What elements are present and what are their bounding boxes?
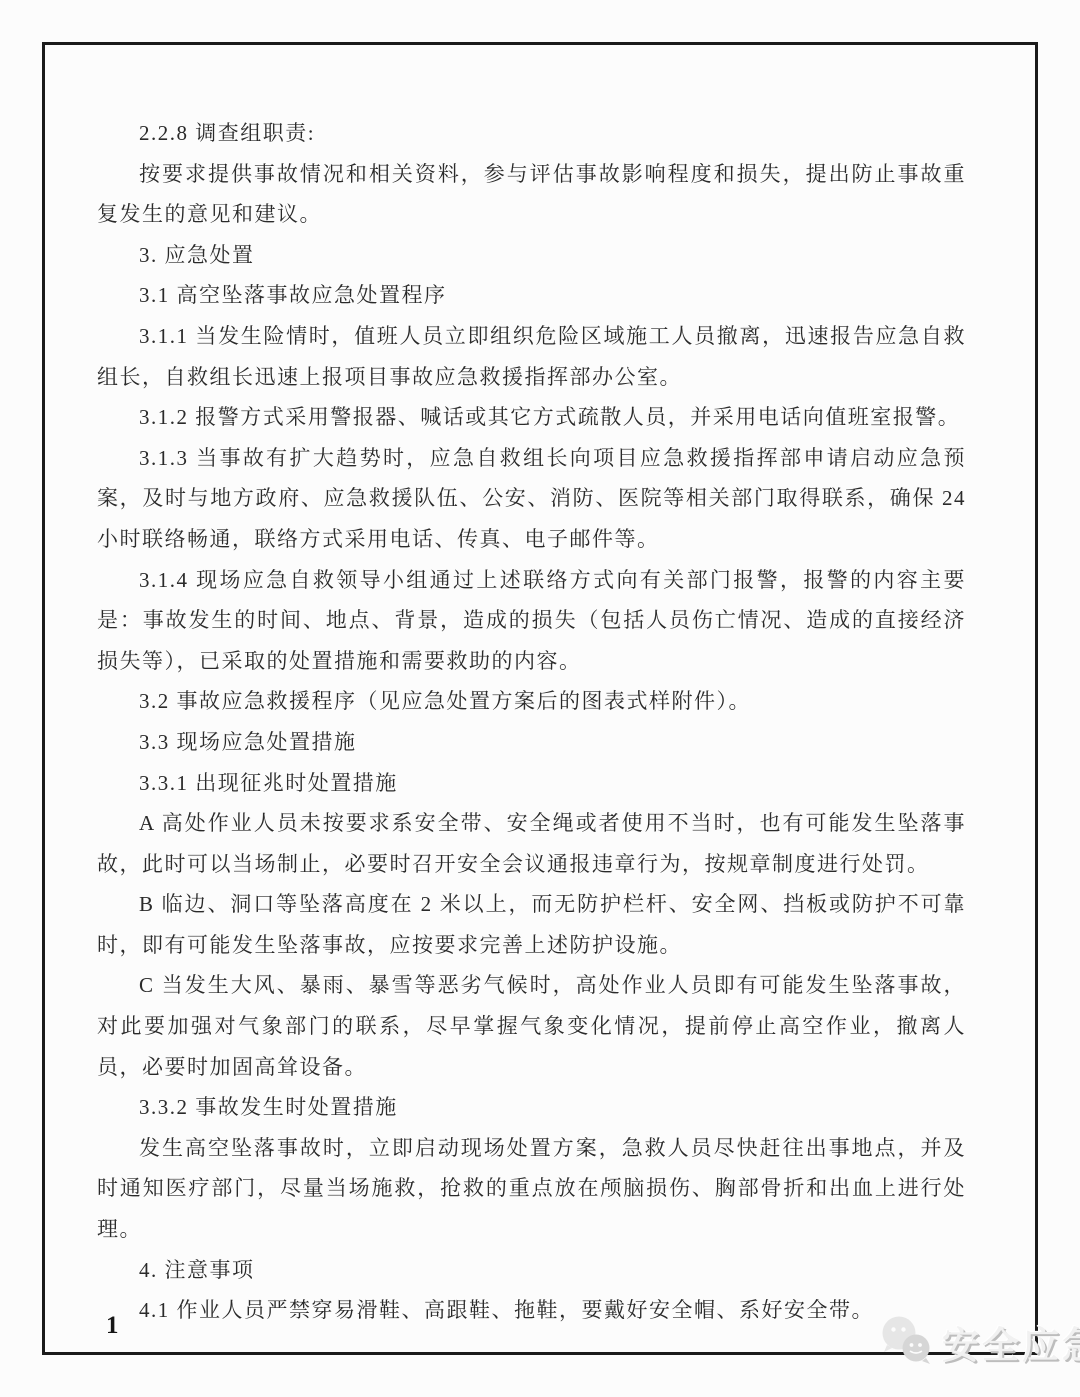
heading-3-1: 3.1 高空坠落事故应急处置程序 <box>97 275 966 316</box>
heading-3-3-2: 3.3.2 事故发生时处置措施 <box>97 1087 966 1128</box>
paragraph-item-a: A 高处作业人员未按要求系安全带、安全绳或者使用不当时，也有可能发生坠落事故，此… <box>97 803 966 884</box>
page-number: 1 <box>106 1312 119 1340</box>
watermark-text: 安全应急 <box>942 1315 1080 1369</box>
heading-4: 4. 注意事项 <box>97 1250 966 1291</box>
heading-3-2: 3.2 事故应急救援程序（见应急处置方案后的图表式样附件）。 <box>97 681 966 722</box>
paragraph-3-1-2: 3.1.2 报警方式采用警报器、喊话或其它方式疏散人员，并采用电话向值班室报警。 <box>97 397 966 438</box>
paragraph-3-3-2-body: 发生高空坠落事故时，立即启动现场处置方案，急救人员尽快赶往出事地点，并及时通知医… <box>97 1128 966 1250</box>
paragraph-3-1-4: 3.1.4 现场应急自救领导小组通过上述联络方式向有关部门报警，报警的内容主要是… <box>97 560 966 682</box>
scanned-document-page: { "doc": { "paragraphs": [ "2.2.8 调查组职责:… <box>0 0 1080 1397</box>
paragraph-4-1: 4.1 作业人员严禁穿易滑鞋、高跟鞋、拖鞋，要戴好安全帽、系好安全带。 <box>97 1290 966 1331</box>
heading-3-3-1: 3.3.1 出现征兆时处置措施 <box>97 763 966 804</box>
document-body: 2.2.8 调查组职责: 按要求提供事故情况和相关资料，参与评估事故影响程度和损… <box>97 113 966 1331</box>
watermark: 安全应急 <box>876 1312 1080 1372</box>
wechat-icon <box>876 1312 938 1372</box>
paragraph-2-2-8-body: 按要求提供事故情况和相关资料，参与评估事故影响程度和损失，提出防止事故重复发生的… <box>97 154 966 235</box>
paragraph-item-c: C 当发生大风、暴雨、暴雪等恶劣气候时，高处作业人员即有可能发生坠落事故，对此要… <box>97 965 966 1087</box>
paragraph-2-2-8-heading: 2.2.8 调查组职责: <box>97 113 966 154</box>
heading-3-3: 3.3 现场应急处置措施 <box>97 722 966 763</box>
paragraph-3-1-1: 3.1.1 当发生险情时，值班人员立即组织危险区域施工人员撤离，迅速报告应急自救… <box>97 316 966 397</box>
heading-3: 3. 应急处置 <box>97 235 966 276</box>
paragraph-3-1-3: 3.1.3 当事故有扩大趋势时，应急自救组长向项目应急救援指挥部申请启动应急预案… <box>97 438 966 560</box>
paragraph-item-b: B 临边、洞口等坠落高度在 2 米以上，而无防护栏杆、安全网、挡板或防护不可靠时… <box>97 884 966 965</box>
